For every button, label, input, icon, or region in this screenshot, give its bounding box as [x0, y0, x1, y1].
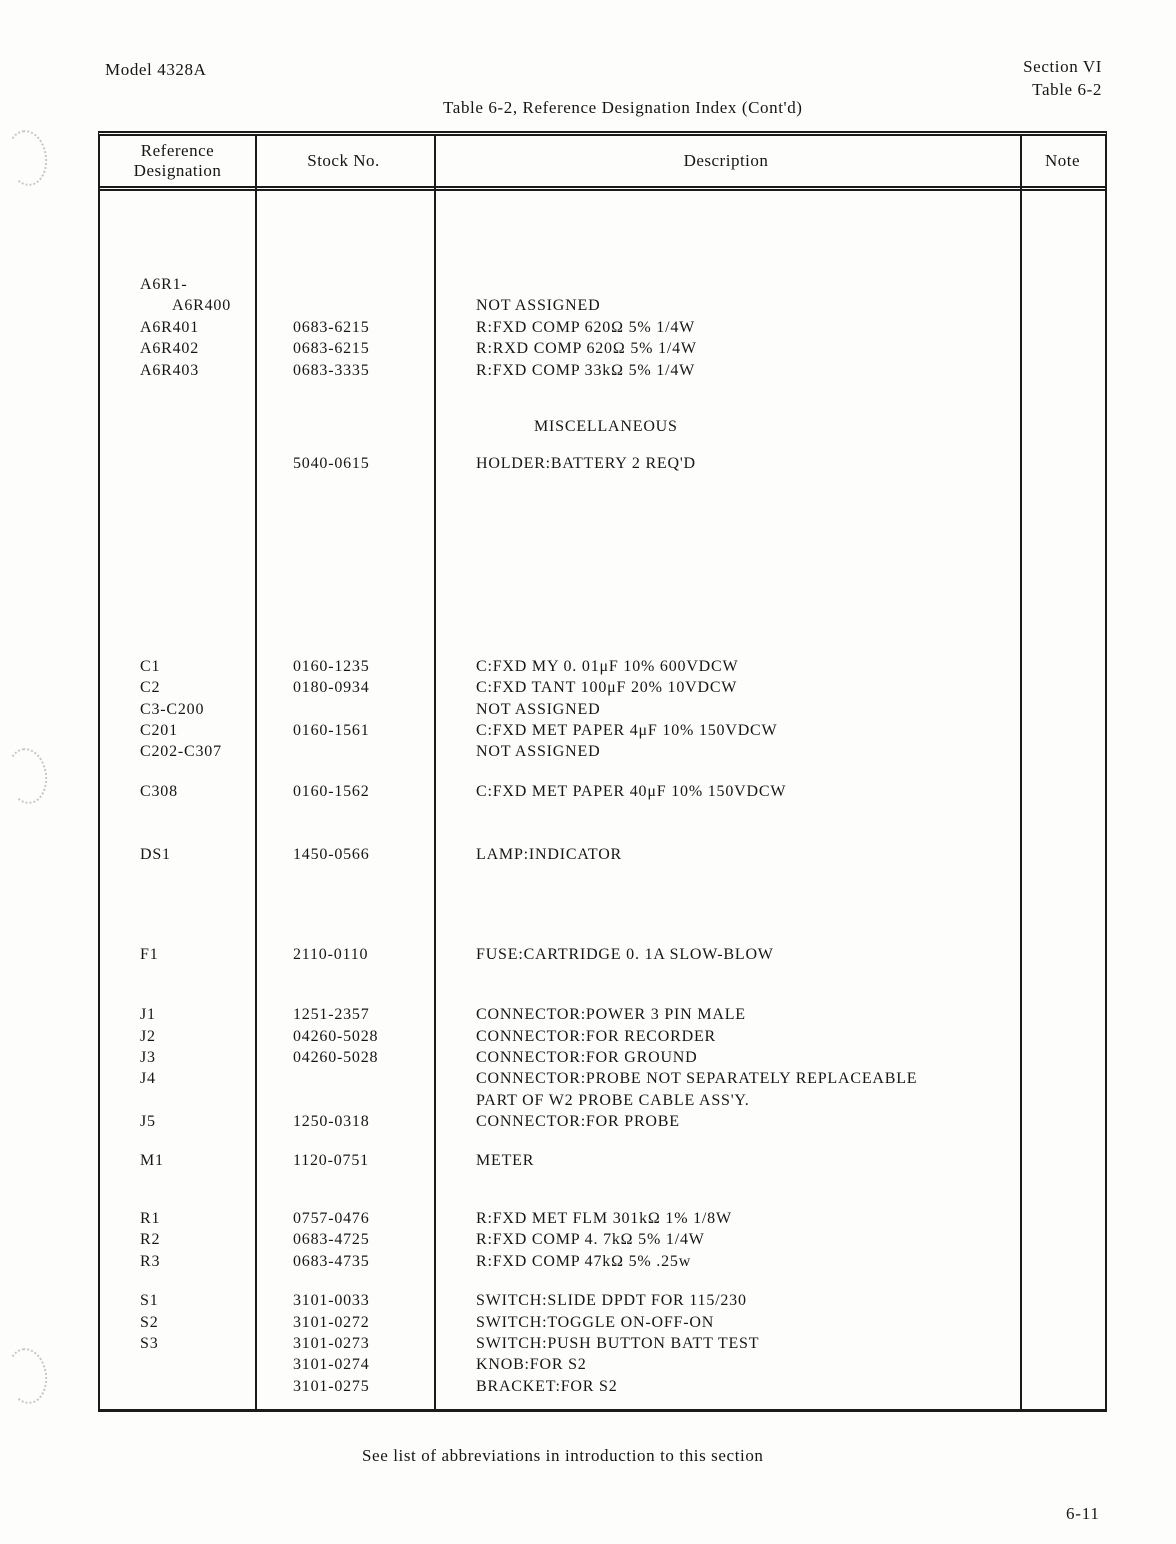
reference-designation-table: Reference DesignationStock No.Descriptio… — [98, 131, 1107, 1412]
stock-no-cell — [255, 699, 432, 720]
description-cell: SWITCH:TOGGLE ON-OFF-ON — [432, 1312, 1020, 1333]
table-row: C20180-0934C:FXD TANT 100μF 20% 10VDCW — [100, 677, 1105, 698]
manual-page: Model 4328A Section VI Table 6-2 Table 6… — [0, 0, 1176, 1544]
table-row: C10160-1235C:FXD MY 0. 01μF 10% 600VDCW — [100, 656, 1105, 677]
ref-designation-cell: DS1 — [100, 844, 255, 865]
description-cell: R:FXD COMP 4. 7kΩ 5% 1/4W — [432, 1229, 1020, 1250]
model-number: Model 4328A — [105, 60, 207, 80]
stock-no-cell: 1251-2357 — [255, 1004, 432, 1025]
note-cell — [1020, 1208, 1105, 1229]
ref-designation-cell: A6R402 — [100, 338, 255, 359]
note-cell — [1020, 317, 1105, 338]
column-divider — [1020, 136, 1022, 1409]
note-cell — [1020, 338, 1105, 359]
stock-no-cell — [255, 741, 432, 762]
note-cell — [1020, 1047, 1105, 1068]
ref-designation-cell: J2 — [100, 1026, 255, 1047]
note-cell — [1020, 1251, 1105, 1272]
ref-designation-cell: M1 — [100, 1150, 255, 1171]
stock-no-cell: 2110-0110 — [255, 944, 432, 965]
description-cell: SWITCH:PUSH BUTTON BATT TEST — [432, 1333, 1020, 1354]
table-row: PART OF W2 PROBE CABLE ASS'Y. — [100, 1090, 1105, 1111]
stock-no-cell: 3101-0275 — [255, 1376, 432, 1397]
ref-designation-cell: F1 — [100, 944, 255, 965]
table-row: A6R400NOT ASSIGNED — [100, 295, 1105, 316]
description-cell: R:FXD MET FLM 301kΩ 1% 1/8W — [432, 1208, 1020, 1229]
note-cell — [1020, 453, 1105, 474]
ref-designation-cell: C201 — [100, 720, 255, 741]
table-row: J4CONNECTOR:PROBE NOT SEPARATELY REPLACE… — [100, 1068, 1105, 1089]
stock-no-cell: 0683-3335 — [255, 360, 432, 381]
table-row: M11120-0751METER — [100, 1150, 1105, 1171]
stock-no-cell: 04260-5028 — [255, 1047, 432, 1068]
table-row: 5040-0615HOLDER:BATTERY 2 REQ'D — [100, 453, 1105, 474]
ref-designation-cell: J4 — [100, 1068, 255, 1089]
table-row: J304260-5028CONNECTOR:FOR GROUND — [100, 1047, 1105, 1068]
stock-no-cell — [255, 274, 432, 295]
table-row: MISCELLANEOUS — [100, 416, 1105, 437]
table-title: Table 6-2, Reference Designation Index (… — [443, 98, 803, 118]
ref-designation-cell: C2 — [100, 677, 255, 698]
table-row: A6R4010683-6215R:FXD COMP 620Ω 5% 1/4W — [100, 317, 1105, 338]
description-cell: C:FXD TANT 100μF 20% 10VDCW — [432, 677, 1020, 698]
ref-designation-cell: J5 — [100, 1111, 255, 1132]
stock-no-cell: 0683-4725 — [255, 1229, 432, 1250]
ref-designation-cell: A6R1- — [100, 274, 255, 295]
ref-designation-cell: R3 — [100, 1251, 255, 1272]
stock-no-cell: 1120-0751 — [255, 1150, 432, 1171]
description-cell: NOT ASSIGNED — [432, 295, 1020, 316]
abbreviations-note: See list of abbreviations in introductio… — [362, 1446, 764, 1466]
stock-no-cell: 0160-1235 — [255, 656, 432, 677]
description-cell: LAMP:INDICATOR — [432, 844, 1020, 865]
ref-designation-cell — [100, 416, 255, 437]
ref-designation-cell: C202-C307 — [100, 741, 255, 762]
ref-designation-cell: A6R401 — [100, 317, 255, 338]
table-row: C3080160-1562C:FXD MET PAPER 40μF 10% 15… — [100, 781, 1105, 802]
description-cell: CONNECTOR:FOR RECORDER — [432, 1026, 1020, 1047]
table-row: C2010160-1561C:FXD MET PAPER 4μF 10% 150… — [100, 720, 1105, 741]
note-cell — [1020, 1376, 1105, 1397]
description-cell: FUSE:CARTRIDGE 0. 1A SLOW-BLOW — [432, 944, 1020, 965]
table-row: A6R1- — [100, 274, 1105, 295]
note-cell — [1020, 1068, 1105, 1089]
page-number: 6-11 — [1066, 1504, 1100, 1524]
ref-designation-cell: A6R403 — [100, 360, 255, 381]
note-cell — [1020, 781, 1105, 802]
note-cell — [1020, 677, 1105, 698]
description-cell: CONNECTOR:PROBE NOT SEPARATELY REPLACEAB… — [432, 1068, 1020, 1089]
description-cell: C:FXD MET PAPER 40μF 10% 150VDCW — [432, 781, 1020, 802]
note-cell — [1020, 844, 1105, 865]
stock-no-cell: 3101-0033 — [255, 1290, 432, 1311]
table-row: C3-C200NOT ASSIGNED — [100, 699, 1105, 720]
table-ref-label: Table 6-2 — [1023, 78, 1102, 101]
scan-hole-artifact — [3, 745, 50, 806]
stock-no-cell — [255, 416, 432, 437]
note-cell — [1020, 1150, 1105, 1171]
description-cell: SWITCH:SLIDE DPDT FOR 115/230 — [432, 1290, 1020, 1311]
stock-no-cell: 3101-0274 — [255, 1354, 432, 1375]
note-cell — [1020, 1229, 1105, 1250]
note-cell — [1020, 416, 1105, 437]
stock-no-cell — [255, 1090, 432, 1111]
table-row: F12110-0110FUSE:CARTRIDGE 0. 1A SLOW-BLO… — [100, 944, 1105, 965]
table-row: J51250-0318CONNECTOR:FOR PROBE — [100, 1111, 1105, 1132]
description-cell: C:FXD MY 0. 01μF 10% 600VDCW — [432, 656, 1020, 677]
ref-designation-cell: C1 — [100, 656, 255, 677]
ref-designation-cell — [100, 1354, 255, 1375]
description-cell: C:FXD MET PAPER 4μF 10% 150VDCW — [432, 720, 1020, 741]
note-cell — [1020, 1026, 1105, 1047]
table-header-row: Reference DesignationStock No.Descriptio… — [100, 136, 1105, 191]
note-cell — [1020, 1004, 1105, 1025]
note-cell — [1020, 360, 1105, 381]
section-label: Section VI — [1023, 55, 1102, 78]
table-row: A6R4030683-3335R:FXD COMP 33kΩ 5% 1/4W — [100, 360, 1105, 381]
description-cell: R:FXD COMP 47kΩ 5% .25w — [432, 1251, 1020, 1272]
table-body: A6R1-A6R400NOT ASSIGNEDA6R4010683-6215R:… — [100, 191, 1105, 1409]
ref-designation-cell: R2 — [100, 1229, 255, 1250]
description-cell: CONNECTOR:FOR GROUND — [432, 1047, 1020, 1068]
note-cell — [1020, 1090, 1105, 1111]
description-cell: CONNECTOR:FOR PROBE — [432, 1111, 1020, 1132]
stock-no-cell: 04260-5028 — [255, 1026, 432, 1047]
note-cell — [1020, 1312, 1105, 1333]
description-cell: R:FXD COMP 620Ω 5% 1/4W — [432, 317, 1020, 338]
description-cell: KNOB:FOR S2 — [432, 1354, 1020, 1375]
column-header: Reference Designation — [100, 141, 255, 181]
note-cell — [1020, 1333, 1105, 1354]
description-cell: R:RXD COMP 620Ω 5% 1/4W — [432, 338, 1020, 359]
column-header: Note — [1020, 151, 1105, 171]
table-row: DS11450-0566LAMP:INDICATOR — [100, 844, 1105, 865]
description-cell: NOT ASSIGNED — [432, 699, 1020, 720]
note-cell — [1020, 1111, 1105, 1132]
table-row: S33101-0273SWITCH:PUSH BUTTON BATT TEST — [100, 1333, 1105, 1354]
stock-no-cell: 0683-6215 — [255, 317, 432, 338]
ref-designation-cell — [100, 1376, 255, 1397]
description-cell: HOLDER:BATTERY 2 REQ'D — [432, 453, 1020, 474]
column-header: Description — [432, 151, 1020, 171]
ref-designation-cell: J3 — [100, 1047, 255, 1068]
scan-hole-artifact — [3, 1345, 50, 1406]
note-cell — [1020, 656, 1105, 677]
description-cell: METER — [432, 1150, 1020, 1171]
scan-hole-artifact — [3, 127, 50, 188]
stock-no-cell: 1450-0566 — [255, 844, 432, 865]
stock-no-cell: 0160-1562 — [255, 781, 432, 802]
table-row: R30683-4735R:FXD COMP 47kΩ 5% .25w — [100, 1251, 1105, 1272]
note-cell — [1020, 741, 1105, 762]
note-cell — [1020, 699, 1105, 720]
table-row: C202-C307NOT ASSIGNED — [100, 741, 1105, 762]
table-row: J204260-5028CONNECTOR:FOR RECORDER — [100, 1026, 1105, 1047]
note-cell — [1020, 274, 1105, 295]
stock-no-cell: 0160-1561 — [255, 720, 432, 741]
stock-no-cell: 3101-0273 — [255, 1333, 432, 1354]
stock-no-cell: 3101-0272 — [255, 1312, 432, 1333]
description-cell: R:FXD COMP 33kΩ 5% 1/4W — [432, 360, 1020, 381]
stock-no-cell: 0757-0476 — [255, 1208, 432, 1229]
column-divider — [255, 136, 257, 1409]
ref-designation-cell: S1 — [100, 1290, 255, 1311]
ref-designation-cell: C3-C200 — [100, 699, 255, 720]
note-cell — [1020, 295, 1105, 316]
description-cell: BRACKET:FOR S2 — [432, 1376, 1020, 1397]
column-divider — [434, 136, 436, 1409]
column-header: Stock No. — [255, 151, 432, 171]
stock-no-cell: 0683-6215 — [255, 338, 432, 359]
note-cell — [1020, 1290, 1105, 1311]
description-cell: NOT ASSIGNED — [432, 741, 1020, 762]
stock-no-cell: 0180-0934 — [255, 677, 432, 698]
stock-no-cell: 5040-0615 — [255, 453, 432, 474]
ref-designation-cell — [100, 1090, 255, 1111]
table-row: S13101-0033SWITCH:SLIDE DPDT FOR 115/230 — [100, 1290, 1105, 1311]
ref-designation-cell: R1 — [100, 1208, 255, 1229]
ref-designation-cell: J1 — [100, 1004, 255, 1025]
ref-designation-cell: S2 — [100, 1312, 255, 1333]
ref-designation-cell: A6R400 — [100, 295, 255, 316]
description-cell: MISCELLANEOUS — [432, 416, 1020, 437]
table-row: S23101-0272SWITCH:TOGGLE ON-OFF-ON — [100, 1312, 1105, 1333]
note-cell — [1020, 1354, 1105, 1375]
ref-designation-cell — [100, 453, 255, 474]
table-row: 3101-0274KNOB:FOR S2 — [100, 1354, 1105, 1375]
description-cell: CONNECTOR:POWER 3 PIN MALE — [432, 1004, 1020, 1025]
section-reference: Section VI Table 6-2 — [1023, 55, 1102, 101]
table-row: 3101-0275BRACKET:FOR S2 — [100, 1376, 1105, 1397]
stock-no-cell: 0683-4735 — [255, 1251, 432, 1272]
stock-no-cell — [255, 1068, 432, 1089]
table-row: R10757-0476R:FXD MET FLM 301kΩ 1% 1/8W — [100, 1208, 1105, 1229]
table-row: A6R4020683-6215R:RXD COMP 620Ω 5% 1/4W — [100, 338, 1105, 359]
note-cell — [1020, 944, 1105, 965]
table-row: R20683-4725R:FXD COMP 4. 7kΩ 5% 1/4W — [100, 1229, 1105, 1250]
note-cell — [1020, 720, 1105, 741]
table-row: J11251-2357CONNECTOR:POWER 3 PIN MALE — [100, 1004, 1105, 1025]
ref-designation-cell: C308 — [100, 781, 255, 802]
description-cell — [432, 274, 1020, 295]
ref-designation-cell: S3 — [100, 1333, 255, 1354]
stock-no-cell: 1250-0318 — [255, 1111, 432, 1132]
description-cell: PART OF W2 PROBE CABLE ASS'Y. — [432, 1090, 1020, 1111]
stock-no-cell — [255, 295, 432, 316]
